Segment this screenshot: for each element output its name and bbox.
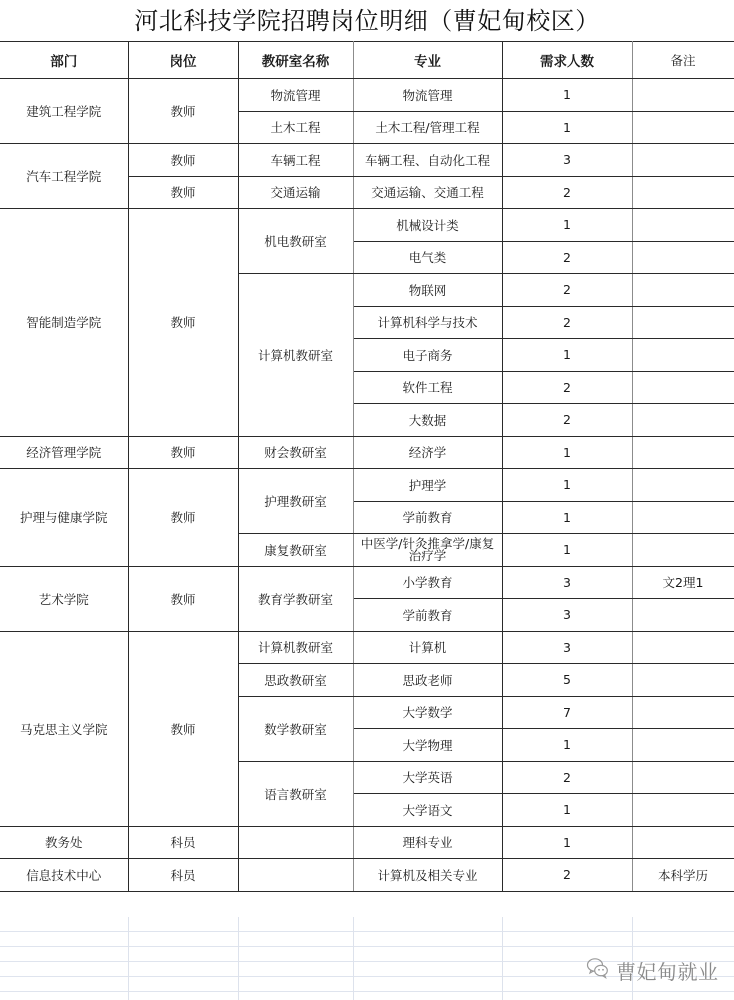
count-cell: 3 — [502, 144, 632, 177]
count-cell: 3 — [502, 566, 632, 599]
count-cell: 1 — [502, 534, 632, 567]
major-cell: 中医学/针灸推拿学/康复治疗学 — [353, 534, 502, 567]
count-cell: 1 — [502, 436, 632, 469]
count-cell: 1 — [502, 339, 632, 372]
lab-cell: 康复教研室 — [238, 534, 353, 567]
position-cell: 科员 — [128, 859, 238, 892]
note-cell — [632, 79, 734, 112]
note-cell — [632, 209, 734, 242]
note-cell — [632, 371, 734, 404]
position-cell: 科员 — [128, 826, 238, 859]
note-cell — [632, 631, 734, 664]
lab-cell: 计算机教研室 — [238, 631, 353, 664]
count-cell: 2 — [502, 176, 632, 209]
major-cell: 学前教育 — [353, 599, 502, 632]
major-cell: 物流管理 — [353, 79, 502, 112]
count-cell: 2 — [502, 859, 632, 892]
major-cell: 护理学 — [353, 469, 502, 502]
note-cell — [632, 176, 734, 209]
count-cell: 2 — [502, 274, 632, 307]
department-cell: 教务处 — [0, 826, 128, 859]
position-cell: 教师 — [128, 469, 238, 567]
count-cell: 1 — [502, 209, 632, 242]
major-cell: 大学英语 — [353, 761, 502, 794]
count-cell: 2 — [502, 404, 632, 437]
count-cell: 1 — [502, 501, 632, 534]
position-cell: 教师 — [128, 566, 238, 631]
count-cell: 2 — [502, 761, 632, 794]
lab-cell: 物流管理 — [238, 79, 353, 112]
lab-cell: 计算机教研室 — [238, 274, 353, 437]
major-cell: 小学教育 — [353, 566, 502, 599]
department-cell: 汽车工程学院 — [0, 144, 128, 209]
position-cell: 教师 — [128, 144, 238, 177]
major-cell: 电气类 — [353, 241, 502, 274]
count-cell: 2 — [502, 241, 632, 274]
count-cell: 3 — [502, 599, 632, 632]
major-cell: 软件工程 — [353, 371, 502, 404]
lab-cell: 土木工程 — [238, 111, 353, 144]
major-cell: 大学数学 — [353, 696, 502, 729]
table-row: 经济管理学院 教师 财会教研室 经济学 1 — [0, 436, 734, 469]
major-cell: 土木工程/管理工程 — [353, 111, 502, 144]
note-cell — [632, 306, 734, 339]
position-cell: 教师 — [128, 209, 238, 437]
major-cell: 物联网 — [353, 274, 502, 307]
note-cell — [632, 436, 734, 469]
note-cell — [632, 761, 734, 794]
lab-cell: 交通运输 — [238, 176, 353, 209]
note-cell — [632, 404, 734, 437]
lab-cell: 财会教研室 — [238, 436, 353, 469]
lab-cell: 机电教研室 — [238, 209, 353, 274]
note-cell — [632, 696, 734, 729]
major-cell: 大数据 — [353, 404, 502, 437]
header-note: 备注 — [632, 42, 734, 79]
department-cell: 经济管理学院 — [0, 436, 128, 469]
department-cell: 智能制造学院 — [0, 209, 128, 437]
major-cell: 思政老师 — [353, 664, 502, 697]
note-cell — [632, 794, 734, 827]
major-cell: 计算机及相关专业 — [353, 859, 502, 892]
header-department: 部门 — [0, 42, 128, 79]
table-row: 护理与健康学院 教师 护理教研室 护理学 1 — [0, 469, 734, 502]
count-cell: 3 — [502, 631, 632, 664]
table-row: 智能制造学院 教师 机电教研室 机械设计类 1 — [0, 209, 734, 242]
note-cell — [632, 274, 734, 307]
count-cell: 5 — [502, 664, 632, 697]
major-cell: 大学物理 — [353, 729, 502, 762]
header-major: 专业 — [353, 42, 502, 79]
count-cell: 1 — [502, 826, 632, 859]
note-cell — [632, 599, 734, 632]
table-row: 艺术学院 教师 教育学教研室 小学教育 3 文2理1 — [0, 566, 734, 599]
count-cell: 7 — [502, 696, 632, 729]
recruitment-table: 部门 岗位 教研室名称 专业 需求人数 备注 建筑工程学院 教师 物流管理 物流… — [0, 41, 734, 892]
lab-cell: 车辆工程 — [238, 144, 353, 177]
note-cell: 文2理1 — [632, 566, 734, 599]
grid-divider — [353, 917, 354, 1000]
note-cell: 本科学历 — [632, 859, 734, 892]
position-cell: 教师 — [128, 631, 238, 826]
table-row: 马克思主义学院 教师 计算机教研室 计算机 3 — [0, 631, 734, 664]
lab-cell — [238, 826, 353, 859]
major-cell: 大学语文 — [353, 794, 502, 827]
wechat-icon — [586, 956, 610, 984]
header-position: 岗位 — [128, 42, 238, 79]
department-cell: 艺术学院 — [0, 566, 128, 631]
major-cell: 计算机科学与技术 — [353, 306, 502, 339]
note-cell — [632, 111, 734, 144]
department-cell: 马克思主义学院 — [0, 631, 128, 826]
count-cell: 1 — [502, 469, 632, 502]
header-row: 部门 岗位 教研室名称 专业 需求人数 备注 — [0, 42, 734, 79]
major-cell: 计算机 — [353, 631, 502, 664]
note-cell — [632, 826, 734, 859]
watermark-text: 曹妃甸就业 — [616, 956, 719, 985]
major-cell: 理科专业 — [353, 826, 502, 859]
lab-cell: 教育学教研室 — [238, 566, 353, 631]
header-lab: 教研室名称 — [238, 42, 353, 79]
note-cell — [632, 501, 734, 534]
table-row: 信息技术中心 科员 计算机及相关专业 2 本科学历 — [0, 859, 734, 892]
header-count: 需求人数 — [502, 42, 632, 79]
lab-cell: 思政教研室 — [238, 664, 353, 697]
note-cell — [632, 339, 734, 372]
table-row: 教务处 科员 理科专业 1 — [0, 826, 734, 859]
table-row: 汽车工程学院 教师 车辆工程 车辆工程、自动化工程 3 — [0, 144, 734, 177]
count-cell: 2 — [502, 306, 632, 339]
watermark: 曹妃甸就业 — [586, 955, 719, 985]
department-cell: 护理与健康学院 — [0, 469, 128, 567]
major-cell: 学前教育 — [353, 501, 502, 534]
position-cell: 教师 — [128, 79, 238, 144]
grid-divider — [238, 917, 239, 1000]
major-cell: 经济学 — [353, 436, 502, 469]
position-cell: 教师 — [128, 436, 238, 469]
count-cell: 1 — [502, 794, 632, 827]
major-cell: 交通运输、交通工程 — [353, 176, 502, 209]
note-cell — [632, 469, 734, 502]
page-title: 河北科技学院招聘岗位明细（曹妃甸校区） — [0, 0, 734, 41]
count-cell: 2 — [502, 371, 632, 404]
note-cell — [632, 534, 734, 567]
count-cell: 1 — [502, 111, 632, 144]
position-cell: 教师 — [128, 176, 238, 209]
major-cell: 车辆工程、自动化工程 — [353, 144, 502, 177]
note-cell — [632, 144, 734, 177]
note-cell — [632, 729, 734, 762]
grid-divider — [502, 917, 503, 1000]
lab-cell: 语言教研室 — [238, 761, 353, 826]
major-cell: 电子商务 — [353, 339, 502, 372]
grid-divider — [128, 917, 129, 1000]
lab-cell — [238, 859, 353, 892]
department-cell: 建筑工程学院 — [0, 79, 128, 144]
note-cell — [632, 664, 734, 697]
count-cell: 1 — [502, 729, 632, 762]
note-cell — [632, 241, 734, 274]
lab-cell: 护理教研室 — [238, 469, 353, 534]
count-cell: 1 — [502, 79, 632, 112]
lab-cell: 数学教研室 — [238, 696, 353, 761]
department-cell: 信息技术中心 — [0, 859, 128, 892]
major-cell: 机械设计类 — [353, 209, 502, 242]
table-row: 建筑工程学院 教师 物流管理 物流管理 1 — [0, 79, 734, 112]
